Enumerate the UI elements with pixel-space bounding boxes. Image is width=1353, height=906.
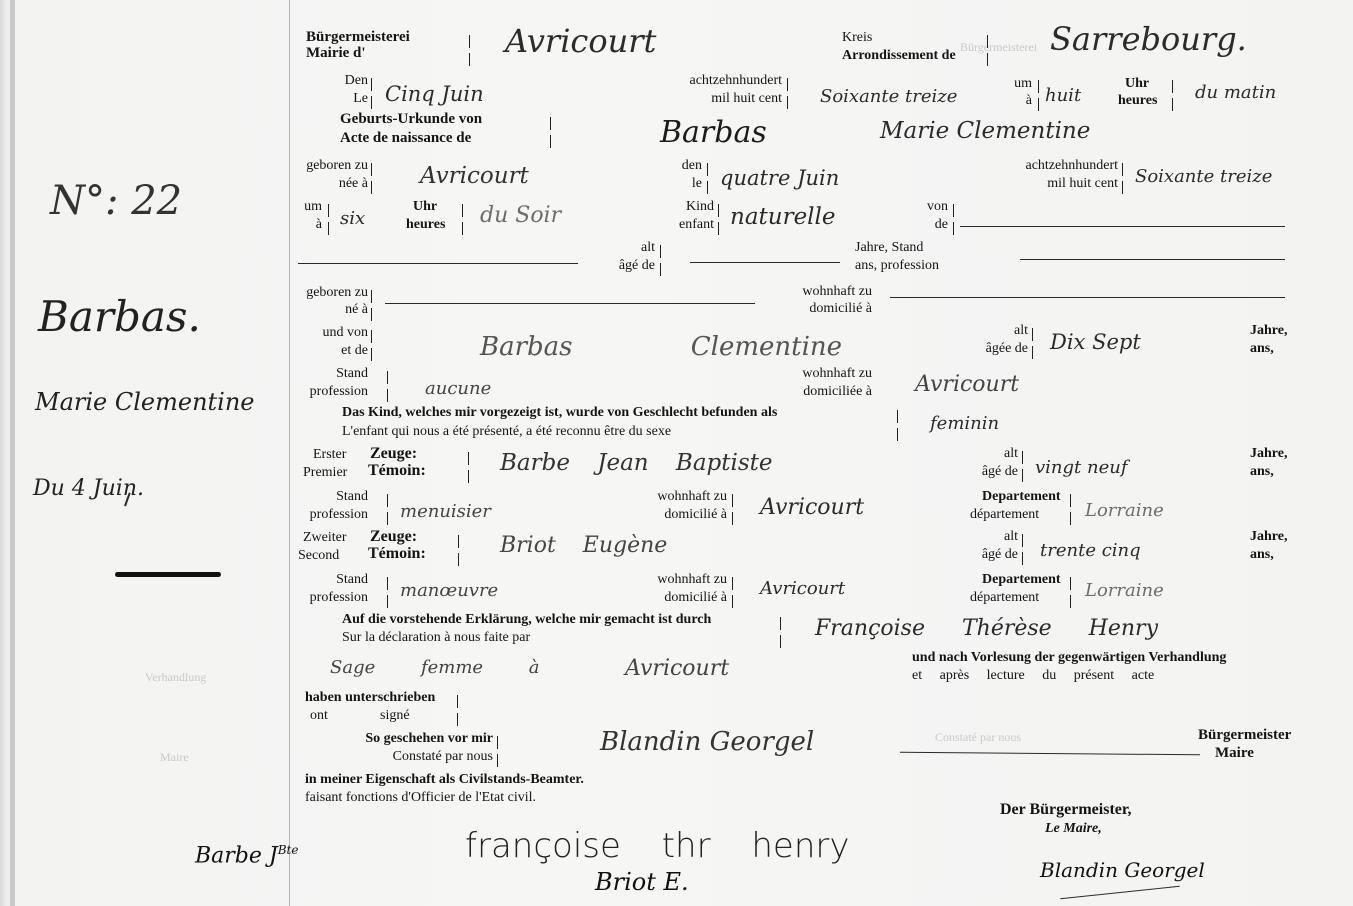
witness2-label-fr-prefix: Second [298,548,339,563]
witness1-label-de-prefix: Erster [313,447,346,462]
witness2-department-value: Lorraine [1085,580,1164,601]
father-age-label: âgé de [595,258,655,273]
blank-line [385,303,755,304]
von-label: von [910,199,948,214]
den-label: Den [330,73,368,88]
witness1-department-label-fr: département [970,507,1039,522]
mayor-label-fr: Maire [1215,746,1254,761]
bracket [705,161,708,197]
witness2-profession-value: manœuvre [400,580,498,601]
witness2-residence-value: Avricourt [760,578,845,599]
declarant-role-value: Sage femme à [330,657,540,678]
enfant-label: enfant [650,217,714,232]
bracket [716,202,719,238]
father-residence-label-fr: domicilié à [760,301,872,316]
arrondissement-value: Sarrebourg. [1050,20,1247,58]
capacity-label-de: in meiner Eigenschaft als Civilstands-Be… [305,772,584,787]
birth-den-label: den [660,158,702,173]
signature-stroke [900,752,1200,756]
signed-label-fr-signe: signé [380,708,410,723]
declarant-value: Françoise Thérèse Henry [815,616,1158,641]
und-von-label: und von [300,325,368,340]
bracket [895,408,898,444]
witness2-department-label-fr: département [970,590,1039,605]
sex-value: feminin [930,413,999,434]
bracket [730,492,733,528]
bracket [466,450,469,486]
bracket [385,492,388,528]
witness2-age-label: âgé de [950,547,1018,562]
child-type-value: naturelle [730,204,836,230]
birth-le-label: le [660,176,702,191]
witness2-profession-label: profession [290,590,368,605]
bracket [1170,78,1173,114]
bracket [460,202,463,238]
bracket [467,33,470,69]
signed-label-de: haben unterschrieben [305,690,435,705]
bracket [369,76,372,112]
act-year-value: Soixante treize [820,86,957,107]
bracket [1020,532,1023,568]
witness1-signature-sup: Bte [278,843,299,857]
century-label-fr: mil huit cent [650,91,782,106]
a-label: à [1000,93,1032,108]
blank-line [960,226,1285,227]
witness1-residence-value: Avricourt [760,495,864,520]
witness1-label-de: Zeuge: [370,446,417,461]
birth-century-label-fr: mil huit cent [980,176,1118,191]
mother-ans-label: ans, [1250,341,1274,356]
bracket [385,575,388,611]
witness1-signature: Barbe JBte [195,843,298,868]
mairie-value: Avricourt [505,22,656,60]
act-day-month-value: Cinq Juin [385,82,484,106]
witness1-department-label-de: Departement [982,489,1061,504]
birth-year-value: Soixante treize [1135,166,1272,187]
declaration-label-fr: Sur la déclaration à nous faite par [342,630,530,645]
declarant-place-value: Avricourt [625,656,729,681]
father-jahre-stand-label: Jahre, Stand [855,240,923,255]
mother-residence-label-fr: domiciliée à [760,384,872,399]
witness1-jahre-label: Jahre, [1250,446,1287,461]
father-residence-label-de: wohnhaft zu [760,284,872,299]
born-label-de: geboren zu [300,158,368,173]
bracket [456,533,459,569]
blank-line [890,297,1285,298]
father-ans-profession-label: ans, profession [855,258,939,273]
blank-line [1020,259,1285,260]
bracket [778,615,781,651]
witness2-ans-label: ans, [1250,547,1274,562]
witness1-label-fr-prefix: Premier [303,465,347,480]
witness1-residence-label-de: wohnhaft zu [615,489,727,504]
bracket [455,693,458,729]
margin-surname: Barbas. [38,292,201,341]
witness1-department-value: Lorraine [1085,500,1164,521]
mayor-closing-label-fr: Le Maire, [1045,821,1102,836]
birth-a-label: à [300,217,322,232]
bracket [1030,326,1033,362]
act-hour-value: huit [1045,85,1081,106]
bracket [985,33,988,69]
bleed-through-text: Constaté par nous [935,730,1021,745]
bracket [369,328,372,364]
witness2-residence-label-de: wohnhaft zu [615,572,727,587]
bracket [951,202,954,238]
witness1-age-label: âgé de [950,464,1018,479]
mairie-label-de: Bürgermeisterei [306,30,410,45]
father-born-label-de: geboren zu [300,285,368,300]
bracket [730,575,733,611]
signed-label-fr-ont: ont [310,708,328,723]
page-binding-edge [10,0,15,906]
bracket [548,115,551,151]
mother-age-value: Dix Sept [1050,330,1141,354]
witness2-name-value: Briot Eugène [500,533,667,558]
et-de-label: et de [300,343,368,358]
born-label-fr: née à [300,176,368,191]
um-label: um [1000,76,1032,91]
sex-label-de: Das Kind, welches mir vorgezeigt ist, wu… [342,405,777,420]
mairie-label-fr: Mairie d' [306,46,366,61]
bracket [1120,161,1123,197]
margin-entry-number: N°: 22 [50,178,182,224]
reading-label-fr: et après lecture du présent acte [912,668,1154,683]
bracket [1068,492,1071,528]
witness1-label-fr: Témoin: [368,463,426,478]
bracket [326,202,329,238]
mother-age-label: âgée de [960,341,1028,356]
birth-date-value: quatre Juin [720,166,839,190]
witness2-signature: Briot E. [595,868,689,896]
bracket [658,243,661,279]
capacity-label-fr: faisant fonctions d'Officier de l'Etat c… [305,790,536,805]
birth-place-value: Avricourt [420,163,529,189]
blank-line [690,262,840,263]
mother-stand-label: Stand [300,366,368,381]
document-page: Bürgermeisterei Verhandlung Maire Consta… [0,0,1353,906]
mother-name-value: Barbas Clementine [480,332,842,362]
witness2-jahre-label: Jahre, [1250,529,1287,544]
witness2-label-fr: Témoin: [368,546,426,561]
child-given-names-value: Marie Clementine [880,118,1090,144]
bracket [1020,449,1023,485]
witness2-stand-label: Stand [300,572,368,587]
child-surname-value: Barbas [660,115,767,150]
mother-profession-value: aucune [425,378,491,399]
before-label-fr: Constaté par nous [330,749,493,764]
margin-rule [289,0,290,906]
bracket [1068,575,1071,611]
father-born-label-fr: né à [300,302,368,317]
mayor-closing-label-de: Der Bürgermeister, [1000,802,1132,817]
bleed-through-text: Bürgermeisterei [960,40,1037,55]
witness2-age-value: trente cinq [1040,540,1141,561]
signature-flourish [1060,886,1179,900]
witness2-label-de: Zeuge: [370,529,417,544]
bracket [495,734,498,770]
bleed-through-text: Maire [160,750,189,765]
birth-act-label-de: Geburts-Urkunde von [340,112,482,127]
mayor-label-de: Bürgermeister [1198,728,1291,743]
century-label-de: achtzehnhundert [650,73,782,88]
reading-label-de: und nach Vorlesung der gegenwärtigen Ver… [912,650,1226,665]
witness2-alt-label: alt [960,529,1018,544]
heure-label: heures [1118,93,1157,108]
witness1-ans-label: ans, [1250,464,1274,479]
margin-given-names: Marie Clementine [35,388,255,416]
witness1-alt-label: alt [960,446,1018,461]
father-alt-label: alt [595,240,655,255]
mother-profession-label: profession [290,384,368,399]
bleed-through-text: Verhandlung [145,670,206,685]
witness2-department-label-de: Departement [982,572,1061,587]
mother-alt-label: alt [970,323,1028,338]
birth-uhr-label: Uhr [413,199,437,214]
birth-act-label-fr: Acte de naissance de [340,131,471,146]
before-label-de: So geschehen vor mir [330,731,493,746]
birth-century-label-de: achtzehnhundert [980,158,1118,173]
uhr-label: Uhr [1125,76,1149,91]
witness1-name-value: Barbe Jean Baptiste [500,450,773,476]
arrondissement-label: Arrondissement de [842,48,956,63]
witness1-age-value: vingt neuf [1035,457,1128,478]
blank-line [298,263,578,264]
bracket [385,369,388,405]
birth-um-label: um [300,199,322,214]
birth-hour-value: six [340,208,365,229]
birth-time-suffix-value: du Soir [480,203,561,228]
act-time-suffix-value: du matin [1195,82,1276,103]
le-label: Le [330,91,368,106]
birth-heure-label: heures [406,217,445,232]
mother-residence-label-de: wohnhaft zu [760,366,872,381]
witness1-profession-value: menuisier [400,501,491,522]
bracket [369,161,372,197]
witness1-profession-label: profession [290,507,368,522]
bracket [785,76,788,112]
mother-residence-value: Avricourt [915,372,1019,397]
declarant-signature: françoise thr henry [465,826,850,866]
margin-underline [115,572,221,577]
de-label: de [910,217,948,232]
witness1-stand-label: Stand [300,489,368,504]
kreis-label: Kreis [842,30,872,45]
witness2-label-de-prefix: Zweiter [303,530,347,545]
witness2-residence-label-fr: domicilié à [615,590,727,605]
declaration-label-de: Auf die vorstehende Erklärung, welche mi… [342,612,711,627]
witness1-residence-label-fr: domicilié à [615,507,727,522]
witness1-signature-main: Barbe J [195,843,278,868]
official-signature: Blandin Georgel [600,727,814,757]
bracket [1036,78,1039,114]
kind-label: Kind [650,199,714,214]
mother-jahre-label: Jahre, [1250,323,1287,338]
sex-label-fr: L'enfant qui nous a été présenté, a été … [342,424,671,439]
bracket [369,288,372,324]
mayor-signature: Blandin Georgel [1040,858,1205,882]
